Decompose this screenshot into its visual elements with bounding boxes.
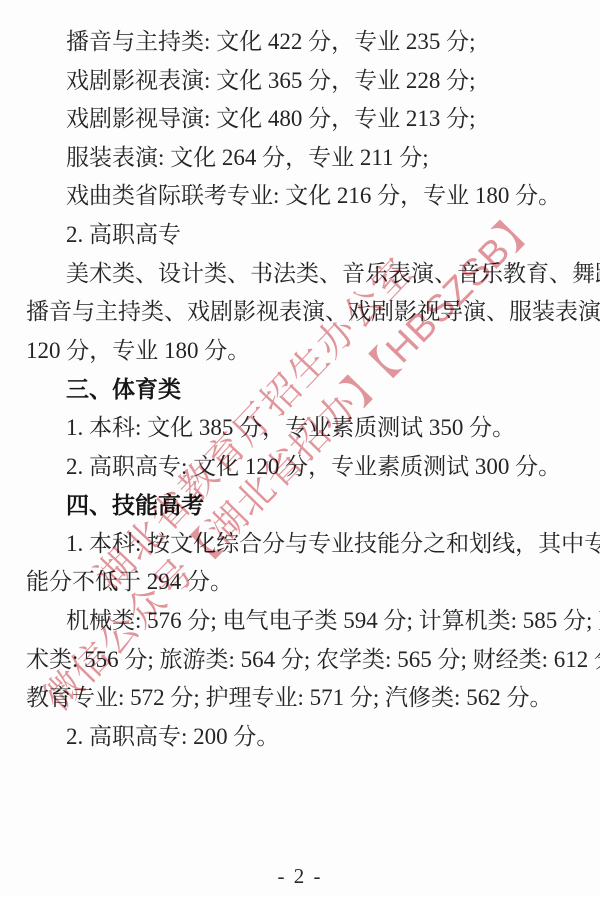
- score-line-drama-directing: 戏剧影视导演: 文化 480 分，专业 213 分;: [26, 100, 572, 139]
- score-line-skills-majors-3: 教育专业: 572 分; 护理专业: 571 分; 汽修类: 562 分。: [26, 679, 572, 718]
- score-line-art-categories-3: 120 分，专业 180 分。: [26, 332, 572, 371]
- page-number: - 2 -: [0, 864, 600, 889]
- score-line-broadcast-hosting: 播音与主持类: 文化 422 分，专业 235 分;: [26, 23, 572, 62]
- subsection-vocational-college: 2. 高职高专: [26, 216, 572, 255]
- score-line-art-categories-1: 美术类、设计类、书法类、音乐表演、音乐教育、舞蹈类、: [26, 255, 572, 294]
- score-line-fashion-performance: 服装表演: 文化 264 分，专业 211 分;: [26, 139, 572, 178]
- document-body: 播音与主持类: 文化 422 分，专业 235 分; 戏剧影视表演: 文化 36…: [26, 23, 572, 756]
- section-heading-skills-exam: 四、技能高考: [26, 486, 572, 525]
- score-line-skills-undergraduate-1: 1. 本科: 按文化综合分与专业技能分之和划线，其中专业技: [26, 525, 572, 564]
- score-line-pe-vocational: 2. 高职高专: 文化 120 分，专业素质测试 300 分。: [26, 448, 572, 487]
- document-page: 播音与主持类: 文化 422 分，专业 235 分; 戏剧影视表演: 文化 36…: [0, 0, 600, 897]
- score-line-skills-undergraduate-2: 能分不低于 294 分。: [26, 563, 572, 602]
- score-line-skills-majors-2: 术类: 556 分; 旅游类: 564 分; 农学类: 565 分; 财经类: …: [26, 641, 572, 680]
- score-line-skills-vocational: 2. 高职高专: 200 分。: [26, 718, 572, 757]
- score-line-art-categories-2: 播音与主持类、戏剧影视表演、戏剧影视导演、服装表演：文化: [26, 293, 572, 332]
- score-line-drama-performance: 戏剧影视表演: 文化 365 分，专业 228 分;: [26, 62, 572, 101]
- section-heading-physical-education: 三、体育类: [26, 370, 572, 409]
- score-line-skills-majors-1: 机械类: 576 分; 电气电子类 594 分; 计算机类: 585 分; 建筑…: [26, 602, 572, 641]
- score-line-pe-undergraduate: 1. 本科: 文化 385 分，专业素质测试 350 分。: [26, 409, 572, 448]
- score-line-opera-joint-exam: 戏曲类省际联考专业: 文化 216 分，专业 180 分。: [26, 177, 572, 216]
